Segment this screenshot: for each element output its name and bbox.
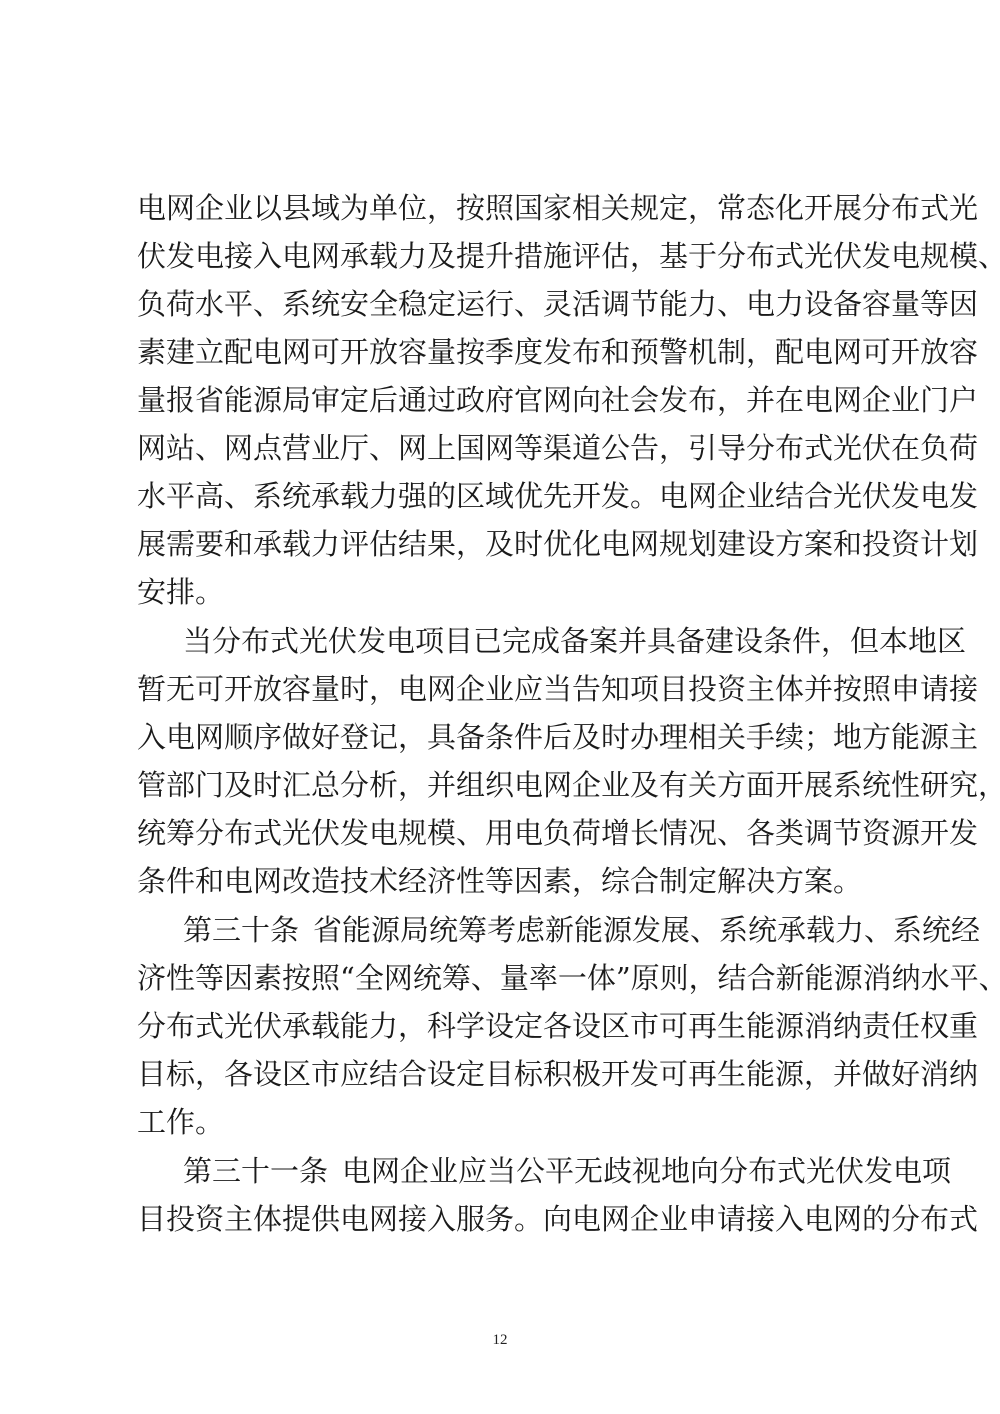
paragraph-1-line-1: 电网企业以县域为单位，按照国家相关规定，常态化开展分布式光 [137,184,879,232]
paragraph-1-line-9: 安排。 [137,568,879,616]
paragraph-2-line-1: 当分布式光伏发电项目已完成备案并具备建设条件，但本地区 [183,617,879,665]
page-number: 12 [480,1332,520,1349]
paragraph-1-line-2: 伏发电接入电网承载力及提升措施评估，基于分布式光伏发电规模、 [137,232,879,280]
paragraph-2-line-2: 暂无可开放容量时，电网企业应当告知项目投资主体并按照申请接 [137,665,879,713]
article-31-text: 电网企业应当公平无歧视地向分布式光伏发电项 [342,1147,951,1195]
paragraph-1-line-4: 素建立配电网可开放容量按季度发布和预警机制，配电网可开放容 [137,328,879,376]
paragraph-1-line-5: 量报省能源局审定后通过政府官网向社会发布，并在电网企业门户 [137,376,879,424]
paragraph-2-line-6: 条件和电网改造技术经济性等因素，综合制定解决方案。 [137,857,879,905]
article-30-text: 省能源局统筹考虑新能源发展、系统承载力、系统经 [313,906,980,954]
article-30-line-2: 济性等因素按照“全网统筹、量率一体”原则，结合新能源消纳水平、 [137,954,879,1002]
paragraph-1-line-3: 负荷水平、系统安全稳定运行、灵活调节能力、电力设备容量等因 [137,280,879,328]
paragraph-2-line-5: 统筹分布式光伏发电规模、用电负荷增长情况、各类调节资源开发 [137,809,879,857]
article-30-line-4: 目标，各设区市应结合设定目标积极开发可再生能源，并做好消纳 [137,1050,879,1098]
article-31-label: 第三十一条 [183,1147,328,1195]
article-31-line-1: 第三十一条 电网企业应当公平无歧视地向分布式光伏发电项 [183,1147,879,1195]
paragraph-1-line-6: 网站、网点营业厅、网上国网等渠道公告，引导分布式光伏在负荷 [137,424,879,472]
article-30-line-1: 第三十条 省能源局统筹考虑新能源发展、系统承载力、系统经 [183,906,879,954]
document-page: 电网企业以县域为单位，按照国家相关规定，常态化开展分布式光 伏发电接入电网承载力… [0,0,1000,1414]
paragraph-1-line-7: 水平高、系统承载力强的区域优先开发。电网企业结合光伏发电发 [137,472,879,520]
paragraph-2-line-4: 管部门及时汇总分析，并组织电网企业及有关方面开展系统性研究， [137,761,879,809]
paragraph-2-line-3: 入电网顺序做好登记，具备条件后及时办理相关手续；地方能源主 [137,713,879,761]
paragraph-1-line-8: 展需要和承载力评估结果，及时优化电网规划建设方案和投资计划 [137,520,879,568]
article-30-line-5: 工作。 [137,1098,879,1146]
article-30-line-3: 分布式光伏承载能力，科学设定各设区市可再生能源消纳责任权重 [137,1002,879,1050]
article-30-label: 第三十条 [183,906,299,954]
article-31-line-2: 目投资主体提供电网接入服务。向电网企业申请接入电网的分布式 [137,1195,879,1243]
